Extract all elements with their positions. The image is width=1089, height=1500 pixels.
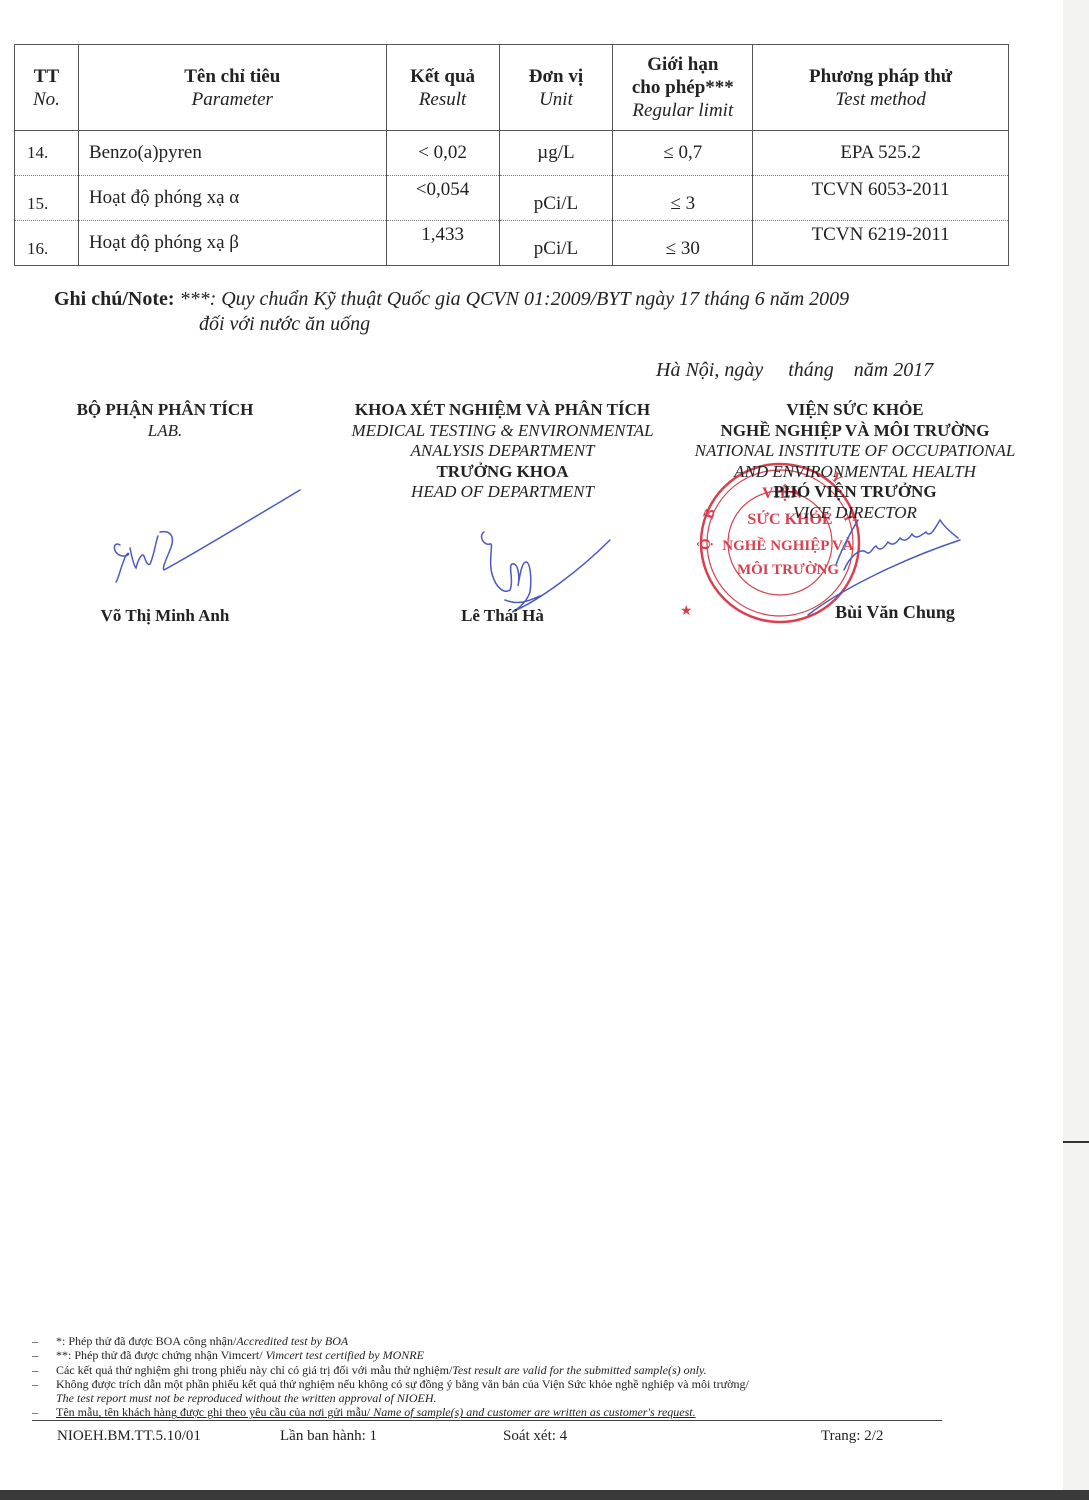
- stamp-line4: MÔI TRƯỜNG: [737, 561, 839, 578]
- institute-title-en-1: NATIONAL INSTITUTE OF OCCUPATIONAL: [690, 441, 1020, 462]
- footer-issue: Lần ban hành: 1: [280, 1428, 377, 1445]
- footnotes: –*: Phép thử đã được BOA công nhận/Accre…: [32, 1334, 942, 1421]
- row-result: < 0,02: [386, 131, 499, 176]
- header-method: Phương pháp thửTest method: [753, 45, 1009, 131]
- institute-title-1: VIỆN SỨC KHỎE: [690, 400, 1020, 421]
- footnote-item: –Các kết quả thử nghiệm ghi trong phiếu …: [32, 1363, 942, 1377]
- signature-block-institute: VIỆN SỨC KHỎE NGHỀ NGHIỆP VÀ MÔI TRƯỜNG …: [690, 400, 1020, 523]
- institute-role-en: VICE DIRECTOR: [690, 503, 1020, 524]
- scan-mark: [1063, 1141, 1089, 1143]
- row-limit: ≤ 3: [613, 176, 753, 221]
- row-method: TCVN 6219-2011: [753, 221, 1009, 266]
- row-parameter: Hoạt độ phóng xạ α: [78, 176, 386, 221]
- note-section: Ghi chú/Note: ***: Quy chuẩn Kỹ thuật Qu…: [54, 287, 849, 312]
- header-limit: Giới hạncho phép***Regular limit: [613, 45, 753, 131]
- header-parameter: Tên chỉ tiêuParameter: [78, 45, 386, 131]
- signature-department: [482, 532, 610, 612]
- department-role-en: HEAD OF DEPARTMENT: [330, 482, 675, 503]
- svg-text:Ộ: Ộ: [697, 538, 714, 550]
- department-title-en-1: MEDICAL TESTING & ENVIRONMENTAL: [330, 421, 675, 442]
- header-result: Kết quảResult: [386, 45, 499, 131]
- row-result: <0,054: [386, 176, 499, 221]
- results-table: TTNo. Tên chỉ tiêuParameter Kết quảResul…: [14, 44, 1009, 266]
- department-title: KHOA XÉT NGHIỆM VÀ PHÂN TÍCH: [330, 400, 675, 421]
- stamp-line3: NGHỀ NGHIỆP VÀ: [722, 537, 854, 554]
- signature-block-department: KHOA XÉT NGHIỆM VÀ PHÂN TÍCH MEDICAL TES…: [330, 400, 675, 503]
- department-role: TRƯỞNG KHOA: [330, 462, 675, 483]
- signature-block-lab: BỘ PHẬN PHÂN TÍCH LAB. Võ Thị Minh Anh: [55, 400, 275, 441]
- row-unit: µg/L: [499, 131, 613, 176]
- test-report-page-2: TTNo. Tên chỉ tiêuParameter Kết quảResul…: [0, 0, 1089, 1500]
- table-row: 15. Hoạt độ phóng xạ α <0,054 pCi/L ≤ 3 …: [15, 176, 1009, 221]
- row-no: 16.: [15, 221, 79, 266]
- lab-title-en: LAB.: [55, 421, 275, 442]
- footnote-item: –*: Phép thử đã được BOA công nhận/Accre…: [32, 1334, 942, 1348]
- signature-lab: [114, 490, 300, 582]
- row-method: EPA 525.2: [753, 131, 1009, 176]
- lab-signer-name: Võ Thị Minh Anh: [55, 606, 275, 627]
- scan-edge-bottom: [0, 1490, 1089, 1500]
- row-parameter: Benzo(a)pyren: [78, 131, 386, 176]
- row-method: TCVN 6053-2011: [753, 176, 1009, 221]
- row-no: 14.: [15, 131, 79, 176]
- row-parameter: Hoạt độ phóng xạ β: [78, 221, 386, 266]
- footer-review: Soát xét: 4: [503, 1428, 567, 1445]
- footnote-item: –Tên mẫu, tên khách hàng được ghi theo y…: [32, 1405, 942, 1420]
- note-label: Ghi chú/Note:: [54, 288, 175, 310]
- row-limit: ≤ 0,7: [613, 131, 753, 176]
- place-date-line: Hà Nội, ngày tháng năm 2017: [656, 359, 933, 382]
- header-no: TTNo.: [15, 45, 79, 131]
- row-unit: pCi/L: [499, 176, 613, 221]
- footnote-item: –Không được trích dẫn một phần phiếu kết…: [32, 1377, 942, 1406]
- footer-form-code: NIOEH.BM.TT.5.10/01: [57, 1428, 201, 1445]
- note-text-line1: ***: Quy chuẩn Kỹ thuật Quốc gia QCVN 01…: [180, 288, 850, 310]
- lab-title: BỘ PHẬN PHÂN TÍCH: [55, 400, 275, 421]
- note-text-line2: đối với nước ăn uống: [199, 312, 370, 337]
- department-signer-name: Lê Thái Hà: [330, 606, 675, 627]
- row-no: 15.: [15, 176, 79, 221]
- institute-signer-name: Bùi Văn Chung: [690, 602, 1060, 623]
- row-unit: pCi/L: [499, 221, 613, 266]
- header-unit: Đơn vịUnit: [499, 45, 613, 131]
- institute-role: PHÓ VIỆN TRƯỞNG: [690, 482, 1020, 503]
- row-limit: ≤ 30: [613, 221, 753, 266]
- table-row: 16. Hoạt độ phóng xạ β 1,433 pCi/L ≤ 30 …: [15, 221, 1009, 266]
- signature-institute: [808, 520, 960, 615]
- table-row: 14. Benzo(a)pyren < 0,02 µg/L ≤ 0,7 EPA …: [15, 131, 1009, 176]
- department-title-en-2: ANALYSIS DEPARTMENT: [330, 441, 675, 462]
- table-header-row: TTNo. Tên chỉ tiêuParameter Kết quảResul…: [15, 45, 1009, 131]
- footnote-item: –**: Phép thử đã được chứng nhận Vimcert…: [32, 1348, 942, 1362]
- institute-title-2: NGHỀ NGHIỆP VÀ MÔI TRƯỜNG: [690, 421, 1020, 442]
- row-result: 1,433: [386, 221, 499, 266]
- footer-page-number: Trang: 2/2: [821, 1428, 883, 1445]
- institute-title-en-2: AND ENVIRONMENTAL HEALTH: [690, 462, 1020, 483]
- scan-edge-right: [1063, 0, 1089, 1500]
